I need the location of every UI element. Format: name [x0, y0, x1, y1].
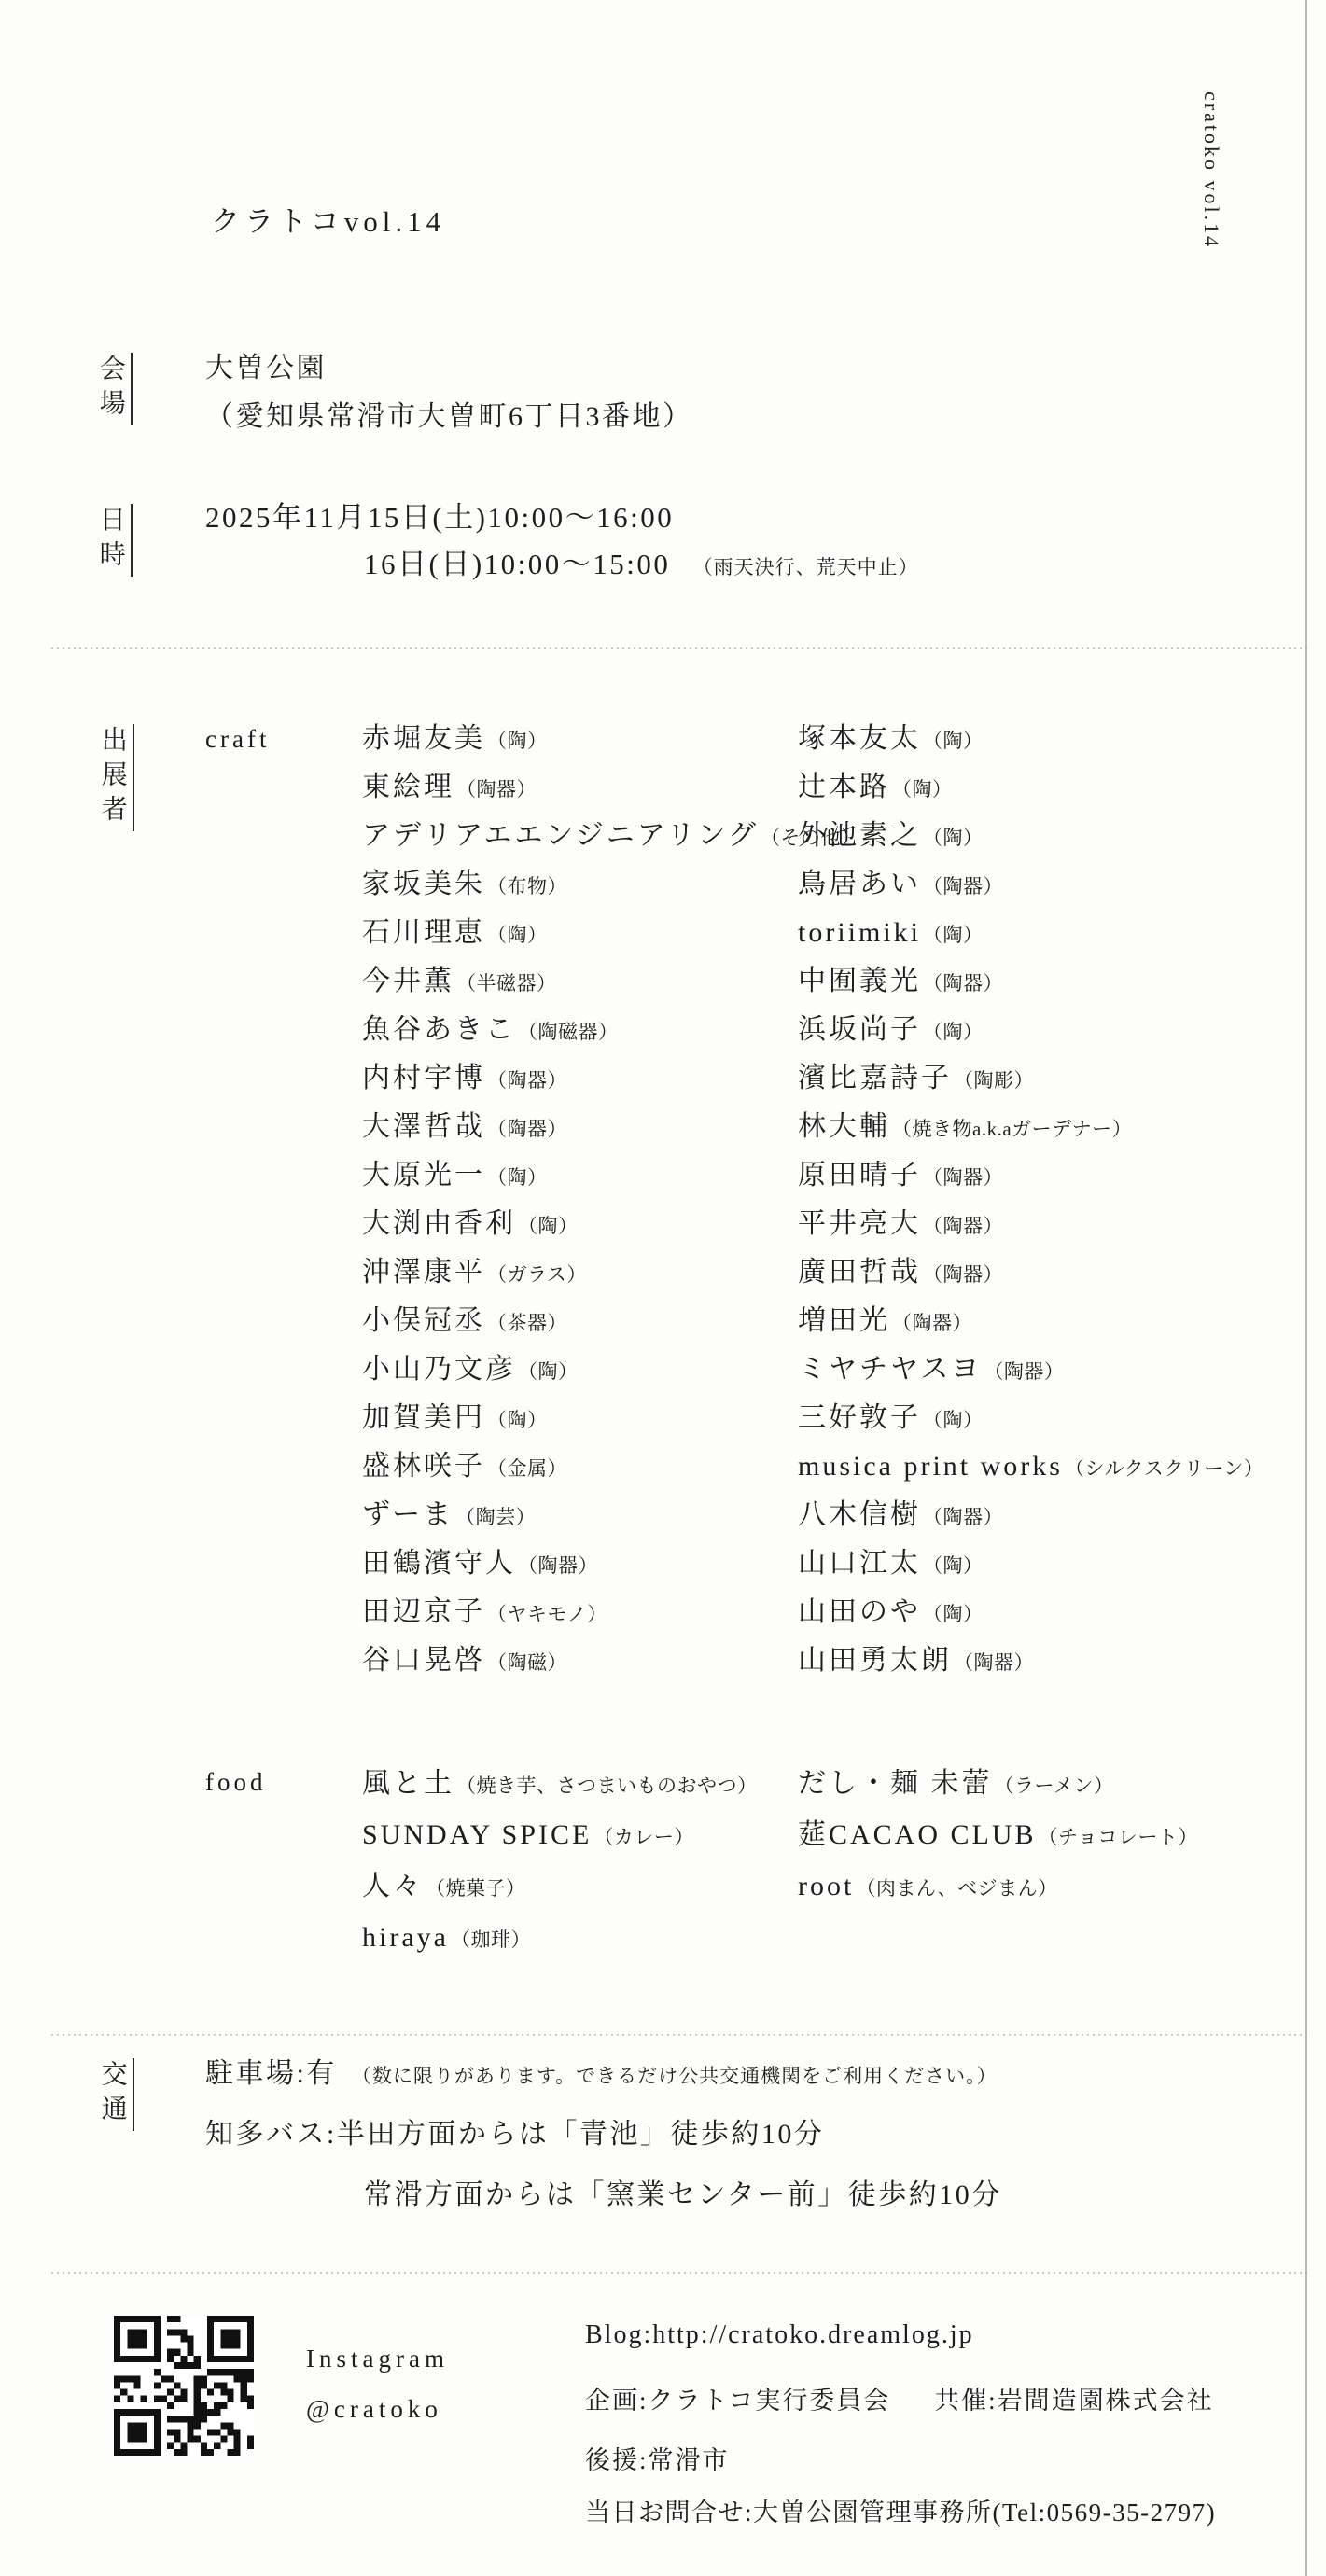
exhibitor-name: 塚本友太: [798, 723, 921, 754]
exhibitor-row: 山田のや（陶）: [798, 1588, 1263, 1636]
exhibitor-category: （茶器）: [487, 1312, 567, 1334]
exhibitor-row: 小山乃文彦（陶）: [362, 1345, 860, 1394]
exhibitor-row: 外池素之（陶）: [798, 812, 1263, 860]
exhibitor-category: （陶器）: [923, 1506, 1003, 1528]
food-vendor-row: 莚CACAO CLUB（チョコレート）: [798, 1809, 1198, 1860]
exhibitor-name: hiraya: [362, 1922, 449, 1953]
exhibitor-row: 田辺京子（ヤキモノ）: [362, 1588, 860, 1636]
exhibitor-category: （珈琲）: [451, 1929, 531, 1951]
exhibitor-category: （陶）: [892, 778, 953, 801]
exhibitor-category: （陶器）: [923, 972, 1003, 995]
exhibitor-category: （陶）: [487, 730, 548, 752]
exhibitor-name: 石川理恵: [362, 917, 485, 948]
exhibitor-row: 家坂美朱（布物）: [362, 860, 860, 909]
food-vendor-row: root（肉まん、ベジまん）: [798, 1860, 1198, 1912]
exhibitor-row: 中囿義光（陶器）: [798, 957, 1263, 1006]
exhibitor-row: 今井薫（半磁器）: [362, 957, 860, 1006]
exhibitor-category: （陶）: [518, 1360, 579, 1383]
exhibitor-row: 大原光一（陶）: [362, 1151, 860, 1200]
credit-support: 後援:常滑市: [585, 2441, 730, 2480]
exhibitor-row: 内村宇博（陶器）: [362, 1054, 860, 1103]
date-line-1: 2025年11月15日(土)10:00〜16:00: [205, 496, 674, 539]
exhibitor-name: musica print works: [798, 1451, 1063, 1482]
exhibitor-category: （陶）: [923, 730, 984, 752]
exhibitor-row: 加賀美円（陶）: [362, 1394, 860, 1442]
exhibitor-category: （陶芸）: [455, 1506, 536, 1528]
exhibitor-name: 田辺京子: [362, 1596, 485, 1627]
exhibitor-category: （陶器）: [487, 1118, 567, 1140]
exhibitor-category: （肉まん、ベジまん）: [856, 1877, 1057, 1900]
parking-note: （数に限りがあります。できるだけ公共交通機関をご利用ください。）: [352, 2065, 998, 2087]
exhibitor-name: 内村宇博: [362, 1063, 485, 1093]
exhibitor-row: 東絵理（陶器）: [362, 763, 860, 812]
access-section-label: 交通: [97, 2058, 134, 2131]
exhibitor-category: （陶）: [923, 924, 984, 946]
craft-exhibitor-column-left: 赤堀友美（陶）東絵理（陶器）アデリアエエンジニアリング（その他）家坂美朱（布物）…: [362, 715, 860, 1685]
exhibitor-name: 林大輔: [798, 1111, 890, 1142]
food-vendor-row: 人々（焼菓子）: [362, 1860, 758, 1912]
venue-address: （愛知県常滑市大曽町6丁目3番地）: [205, 396, 693, 439]
exhibitor-name: 廣田哲哉: [798, 1257, 921, 1288]
venue-section-label: 会場: [95, 353, 133, 425]
exhibitor-category: （布物）: [487, 875, 567, 898]
exhibitor-name: 鳥居あい: [798, 869, 921, 899]
exhibitor-row: 三好敦子（陶）: [798, 1394, 1263, 1442]
date-line-2-time: 16日(日)10:00〜15:00: [364, 548, 670, 580]
contact-info: 当日お問合せ:大曽公園管理事務所(Tel:0569-35-2797): [585, 2493, 1216, 2532]
datetime-section-label: 日時: [95, 504, 133, 577]
exhibitor-category: （陶器）: [456, 778, 537, 801]
exhibitor-row: 小俣冠丞（茶器）: [362, 1297, 860, 1345]
credit-plan: 企画:クラトコ実行委員会: [585, 2387, 890, 2415]
exhibitor-category: （陶器）: [923, 875, 1003, 898]
bus-info-handa: 知多バス:半田方面からは「青池」徒歩約10分: [205, 2113, 824, 2156]
exhibitor-name: 人々: [362, 1871, 424, 1901]
exhibitor-name: 大渕由香利: [362, 1208, 516, 1239]
exhibitor-name: 田鶴濱守人: [362, 1548, 516, 1579]
exhibitor-name: 濱比嘉詩子: [798, 1063, 952, 1093]
exhibitor-name: 大澤哲哉: [362, 1111, 485, 1142]
exhibitor-category: （焼菓子）: [426, 1877, 526, 1900]
craft-exhibitor-column-right: 塚本友太（陶）辻本路（陶）外池素之（陶）鳥居あい（陶器）toriimiki（陶）…: [798, 715, 1263, 1685]
exhibitor-category: （金属）: [487, 1457, 567, 1480]
food-vendor-row: SUNDAY SPICE（カレー）: [362, 1809, 758, 1860]
qr-code-icon: [114, 2316, 254, 2456]
exhibitor-name: toriimiki: [798, 917, 921, 948]
exhibitor-name: 風と土: [362, 1768, 454, 1799]
exhibitor-row: musica print works（シルクスクリーン）: [798, 1442, 1263, 1491]
exhibitor-name: 増田光: [798, 1305, 890, 1336]
exhibitor-category: （陶）: [923, 827, 984, 849]
exhibitor-row: 沖澤康平（ガラス）: [362, 1248, 860, 1297]
food-exhibitor-column-right: だし・麺 未蕾（ラーメン）莚CACAO CLUB（チョコレート）root（肉まん…: [798, 1758, 1198, 1912]
exhibitor-row: 濱比嘉詩子（陶彫）: [798, 1054, 1263, 1103]
exhibitor-row: 増田光（陶器）: [798, 1297, 1263, 1345]
exhibitor-name: 家坂美朱: [362, 869, 485, 899]
exhibitor-name: ミヤチヤスヨ: [798, 1354, 982, 1385]
instagram-label: Instagram: [306, 2340, 449, 2377]
exhibitor-category: （陶器）: [923, 1166, 1003, 1189]
exhibitor-name: 原田晴子: [798, 1160, 921, 1191]
exhibitor-name: 辻本路: [798, 772, 890, 802]
exhibitor-name: 盛林咲子: [362, 1451, 485, 1482]
exhibitor-category: （ヤキモノ）: [487, 1603, 607, 1625]
exhibitor-name: 山口江太: [798, 1548, 921, 1579]
exhibitor-row: 大澤哲哉（陶器）: [362, 1103, 860, 1151]
exhibitor-category: （陶）: [923, 1409, 984, 1431]
exhibitor-name: アデリアエエンジニアリング: [362, 820, 759, 851]
exhibitor-row: 盛林咲子（金属）: [362, 1442, 860, 1491]
exhibitor-name: SUNDAY SPICE: [362, 1819, 592, 1850]
exhibitor-category: （陶）: [923, 1021, 984, 1043]
venue-name: 大曽公園: [205, 347, 327, 390]
exhibitor-category: （陶）: [487, 1166, 548, 1189]
exhibitor-name: root: [798, 1871, 854, 1901]
exhibitor-row: アデリアエエンジニアリング（その他）: [362, 812, 860, 860]
exhibitor-row: 塚本友太（陶）: [798, 715, 1263, 763]
food-vendor-row: 風と土（焼き芋、さつまいものおやつ）: [362, 1758, 758, 1809]
exhibitor-name: 平井亮大: [798, 1208, 921, 1239]
exhibitor-category: （焼き物a.k.aガーデナー）: [892, 1118, 1132, 1140]
exhibitor-row: toriimiki（陶）: [798, 909, 1263, 957]
exhibitor-category: （ガラス）: [487, 1263, 587, 1286]
exhibitor-row: 田鶴濱守人（陶器）: [362, 1539, 860, 1588]
dotted-divider: [51, 2272, 1309, 2274]
dotted-divider: [51, 2034, 1309, 2036]
exhibitor-name: 赤堀友美: [362, 723, 485, 754]
exhibitor-row: 大渕由香利（陶）: [362, 1200, 860, 1248]
flyer-page: cratoko vol.14 クラトコvol.14 会場 大曽公園 （愛知県常滑…: [0, 0, 1326, 2576]
exhibitor-row: 山田勇太朗（陶器）: [798, 1636, 1263, 1685]
date-line-2: 16日(日)10:00〜15:00 （雨天決行、荒天中止）: [364, 543, 919, 589]
exhibitor-name: 山田のや: [798, 1596, 921, 1627]
dotted-divider: [51, 647, 1309, 649]
exhibitor-category: （陶器）: [923, 1215, 1003, 1237]
exhibitor-category: （陶器）: [984, 1360, 1064, 1383]
exhibitor-name: 八木信樹: [798, 1499, 921, 1530]
exhibitor-name: 山田勇太朗: [798, 1645, 952, 1676]
parking-info: 駐車場:有 （数に限りがあります。できるだけ公共交通機関をご利用ください。）: [205, 2053, 998, 2097]
food-exhibitor-column-left: 風と土（焼き芋、さつまいものおやつ）SUNDAY SPICE（カレー）人々（焼菓…: [362, 1758, 758, 1963]
exhibitor-name: 加賀美円: [362, 1402, 485, 1433]
exhibitor-name: 小山乃文彦: [362, 1354, 516, 1385]
exhibitor-category: （カレー）: [593, 1826, 694, 1848]
paper-fold-line: [1305, 0, 1307, 2576]
exhibitor-name: 東絵理: [362, 772, 454, 802]
exhibitor-name: 外池素之: [798, 820, 921, 851]
exhibitor-row: 魚谷あきこ（陶磁器）: [362, 1006, 860, 1054]
exhibitor-category: （焼き芋、さつまいものおやつ）: [456, 1775, 758, 1797]
exhibitor-row: 赤堀友美（陶）: [362, 715, 860, 763]
exhibitor-name: 沖澤康平: [362, 1257, 485, 1288]
craft-category-label: craft: [205, 718, 270, 759]
exhibitor-row: 山口江太（陶）: [798, 1539, 1263, 1588]
exhibitor-name: 小俣冠丞: [362, 1305, 485, 1336]
exhibitor-category: （チョコレート）: [1039, 1826, 1198, 1848]
exhibitor-name: 大原光一: [362, 1160, 485, 1191]
exhibitor-category: （陶磁器）: [518, 1021, 619, 1043]
exhibitor-row: ずーま（陶芸）: [362, 1491, 860, 1539]
exhibitor-name: 浜坂尚子: [798, 1014, 921, 1045]
exhibitor-category: （陶）: [923, 1603, 984, 1625]
exhibitor-category: （半磁器）: [456, 972, 557, 995]
exhibitors-section-label: 出展者: [97, 724, 134, 831]
exhibitor-name: 莚CACAO CLUB: [798, 1819, 1037, 1850]
exhibitor-row: 辻本路（陶）: [798, 763, 1263, 812]
exhibitor-category: （陶彫）: [954, 1069, 1034, 1092]
exhibitor-category: （陶）: [518, 1215, 579, 1237]
credits-line: 企画:クラトコ実行委員会 共催:岩間造園株式会社: [585, 2381, 1214, 2420]
food-category-label: food: [205, 1761, 267, 1803]
exhibitor-category: （陶）: [487, 1409, 548, 1431]
exhibitor-category: （陶器）: [518, 1554, 598, 1577]
exhibitor-category: （陶器）: [923, 1263, 1003, 1286]
exhibitor-category: （陶）: [487, 924, 548, 946]
exhibitor-category: （ラーメン）: [995, 1775, 1114, 1797]
parking-main: 駐車場:有: [205, 2058, 337, 2089]
exhibitor-row: 八木信樹（陶器）: [798, 1491, 1263, 1539]
exhibitor-category: （陶器）: [487, 1069, 567, 1092]
exhibitor-row: 谷口晃啓（陶磁）: [362, 1636, 860, 1685]
exhibitor-category: （シルクスクリーン）: [1065, 1457, 1263, 1480]
blog-url: Blog:http://cratoko.dreamlog.jp: [585, 2316, 974, 2355]
food-vendor-row: だし・麺 未蕾（ラーメン）: [798, 1758, 1198, 1809]
exhibitor-row: 原田晴子（陶器）: [798, 1151, 1263, 1200]
exhibitor-name: 谷口晃啓: [362, 1645, 485, 1676]
instagram-handle: @cratoko: [306, 2390, 442, 2428]
exhibitor-name: 中囿義光: [798, 966, 921, 996]
exhibitor-name: 魚谷あきこ: [362, 1014, 516, 1045]
exhibitor-row: 鳥居あい（陶器）: [798, 860, 1263, 909]
exhibitor-row: 廣田哲哉（陶器）: [798, 1248, 1263, 1297]
bus-info-tokoname: 常滑方面からは「窯業センター前」徒歩約10分: [364, 2174, 1002, 2217]
side-vertical-title: cratoko vol.14: [1200, 91, 1222, 249]
page-title: クラトコvol.14: [211, 198, 445, 240]
credit-cohost: 共催:岩間造園株式会社: [934, 2387, 1214, 2415]
exhibitor-row: 平井亮大（陶器）: [798, 1200, 1263, 1248]
exhibitor-row: 石川理恵（陶）: [362, 909, 860, 957]
exhibitor-category: （陶器）: [954, 1651, 1034, 1674]
exhibitor-row: 浜坂尚子（陶）: [798, 1006, 1263, 1054]
exhibitor-name: ずーま: [362, 1499, 454, 1530]
exhibitor-category: （陶器）: [892, 1312, 972, 1334]
exhibitor-category: （陶）: [923, 1554, 984, 1577]
weather-note: （雨天決行、荒天中止）: [693, 556, 919, 578]
exhibitor-row: ミヤチヤスヨ（陶器）: [798, 1345, 1263, 1394]
exhibitor-name: 三好敦子: [798, 1402, 921, 1433]
exhibitor-row: 林大輔（焼き物a.k.aガーデナー）: [798, 1103, 1263, 1151]
exhibitor-name: だし・麺 未蕾: [798, 1768, 993, 1799]
exhibitor-name: 今井薫: [362, 966, 454, 996]
food-vendor-row: hiraya（珈琲）: [362, 1912, 758, 1963]
exhibitor-category: （陶磁）: [487, 1651, 567, 1674]
